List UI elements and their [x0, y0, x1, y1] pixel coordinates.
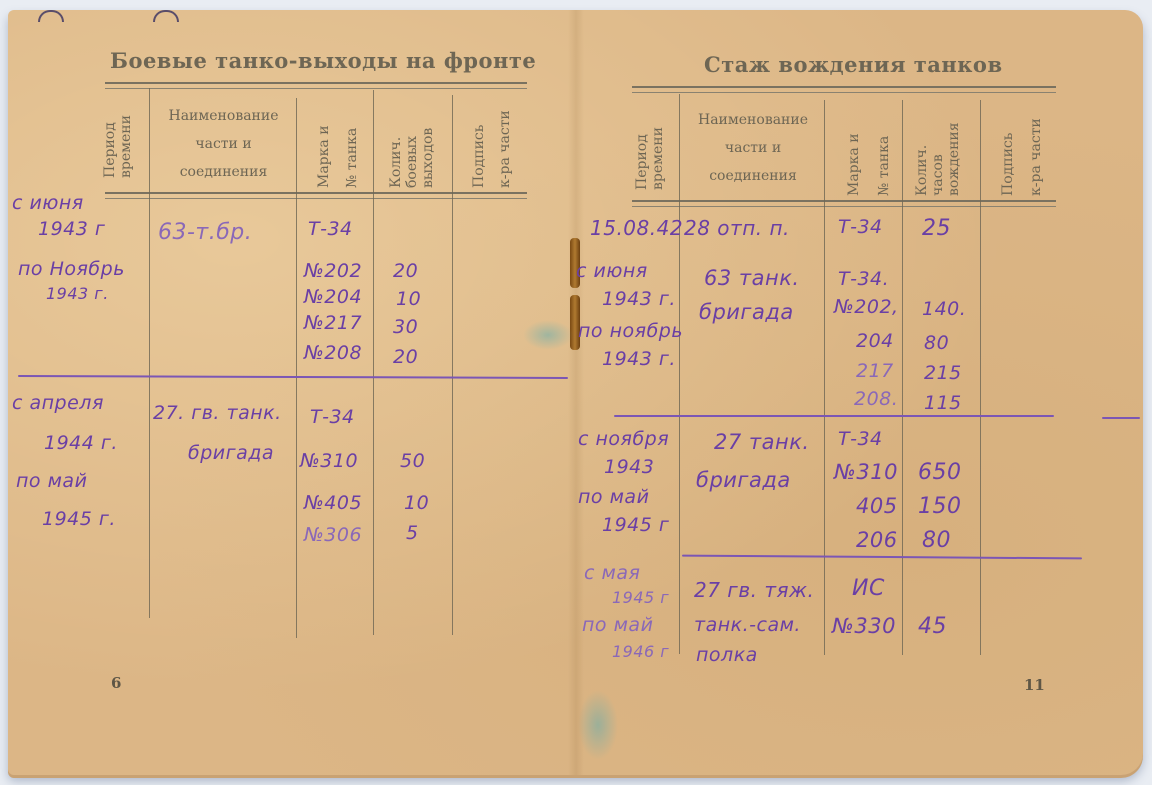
page-number: 6 — [111, 674, 121, 692]
column-divider — [824, 100, 825, 655]
header-tank: Марка и № танка — [839, 133, 899, 196]
page-number: 11 — [1024, 676, 1045, 694]
header-count: Колич. боевых выходов — [388, 128, 436, 188]
header-top-rule — [105, 82, 527, 89]
service-booklet-spread: Боевые танко-выходы на фронте Период вре… — [8, 10, 1143, 775]
header-signature: Подпись к-ра части — [466, 110, 518, 188]
header-unit: Наименование части и соединения — [151, 102, 296, 186]
header-hours: Колич. часов вождения — [914, 122, 962, 196]
row-separator-ink — [614, 415, 1054, 417]
header-tank: Марка и № танка — [310, 125, 366, 188]
right-page: Стаж вождения танков Период времени Наим… — [584, 10, 1143, 775]
column-divider — [980, 100, 981, 655]
header-top-rule — [632, 86, 1056, 93]
column-divider — [902, 100, 903, 655]
section-title: Боевые танко-выходы на фронте — [110, 48, 536, 73]
column-divider — [373, 90, 374, 635]
row-separator-ink — [1102, 417, 1140, 419]
column-divider — [296, 98, 297, 638]
column-divider — [452, 95, 453, 635]
header-unit: Наименование части и соединения — [682, 106, 824, 190]
column-divider — [149, 88, 150, 618]
header-period: Период времени — [102, 115, 134, 178]
header-bottom-rule — [632, 200, 1056, 207]
row-separator-ink — [18, 375, 568, 379]
left-page: Боевые танко-выходы на фронте Период вре… — [8, 10, 568, 775]
section-title: Стаж вождения танков — [704, 52, 1003, 77]
header-period: Период времени — [634, 127, 666, 190]
column-divider — [679, 94, 680, 654]
header-bottom-rule — [105, 192, 527, 199]
book-spine — [568, 10, 584, 775]
row-separator-ink — [682, 555, 1082, 560]
header-signature: Подпись к-ра части — [994, 118, 1050, 196]
